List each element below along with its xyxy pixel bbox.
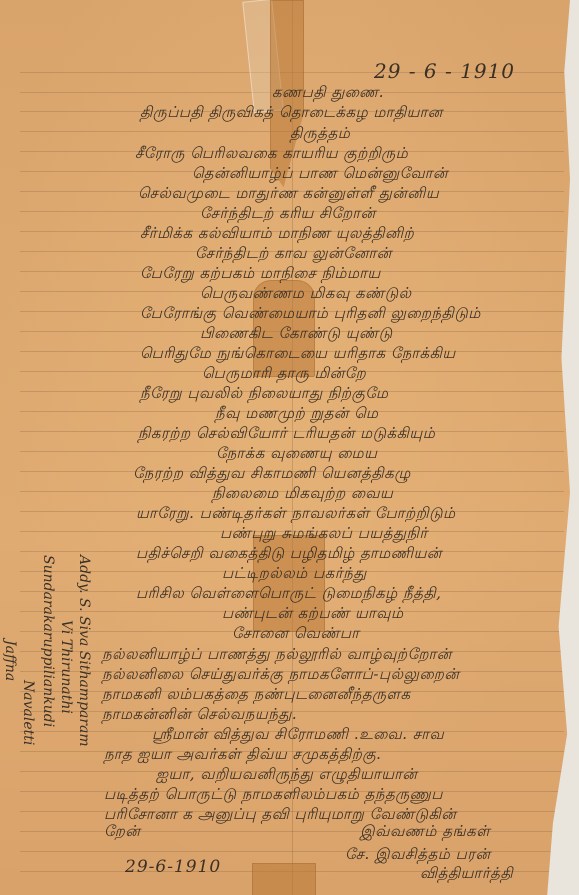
signature-name: சே. இவசித்தம் பரன்: [345, 845, 491, 863]
letter-line: ஸ்ரீமான் வித்துவ சிரோமணி .உவை. சாவ: [152, 725, 444, 743]
signature-title: வித்தியார்த்தி: [420, 864, 513, 882]
margin-address-line: Navaletti: [20, 680, 36, 745]
margin-address-line: Sundarakaruppiliankudi: [40, 555, 56, 727]
letter-line: சீர்மிக்க கல்வியாம் மாநிண யுலத்தினிற்: [140, 224, 414, 242]
letter-line: நேரற்ற வித்துவ சிகாமணி யெனத்திகழு: [133, 464, 411, 482]
letter-line: நீரேறு புவலில் நிலையாது நிற்குமே: [140, 384, 388, 402]
letter-heading: கணபதி துணை.: [272, 83, 384, 101]
date-top: 29 - 6 - 1910: [374, 62, 515, 80]
margin-address-line: Jaffna: [2, 640, 18, 681]
letter-line: நாத ஐயா அவர்கள் திவ்ய சமுகத்திற்கு.: [104, 745, 381, 763]
letter-line: நோக்க வுணையு மைய: [216, 444, 377, 462]
letter-line: நிகரற்ற செல்வியோர் டரியதன் மடுக்கியும்: [138, 424, 435, 442]
letter-line: செல்வமுடை மாதுர்ண கன்னுள்ளீ துன்னிய: [138, 184, 439, 202]
letter-line: நீவு மணமுற் றுதன் மெ: [215, 404, 378, 422]
letter-line: பெரிதுமே நுங்கொடையை யரிதாக நோக்கிய: [140, 344, 456, 362]
signature-closing: இவ்வணம் தங்கள்: [360, 822, 490, 840]
letter-line: திருப்பதி திருவிகத் தொடைக்கழ மாதியான: [140, 103, 443, 121]
tape-patch-bottom: [252, 863, 316, 895]
margin-address-line: Addy. S. Siva Sithamparam: [76, 555, 92, 747]
letter-line: படித்தற் பொருட்டு நாமகளிலம்பகம் தந்தருணு…: [104, 785, 443, 803]
letter-line: பேரோங்கு வெண்மையாம் புரிதனி லுறைந்திடும்: [140, 304, 481, 322]
letter-line: சேர்ந்திடற் காவ லுன்னோன்: [195, 244, 392, 262]
letter-line: சேர்ந்திடற் கரிய சிறோன்: [200, 204, 376, 222]
letter-line: நிலைமை மிகவுற்ற வைய: [212, 484, 393, 502]
letter-line: பண்புடன் கற்பண் யாவும்: [222, 604, 404, 622]
letter-line: பிணைகிட கோண்டு யுண்டு: [200, 324, 393, 342]
letter-line: நாமகனி லம்பகத்தை நண்புடனைனீந்தருளக: [102, 685, 411, 703]
letter-line: நல்லனியாழ்ப் பாணத்து நல்லூரில் வாழ்வுற்ற…: [102, 645, 452, 663]
date-bottom: 29-6-1910: [125, 858, 221, 876]
letter-line: ஐயா, வறியவனிருந்து எழுதியாயான்: [156, 765, 417, 783]
letter-line: நல்லனிலை செய்துவர்க்கு நாமகளோப்-புல்லுறை…: [102, 665, 459, 683]
letter-line: திருத்தம்: [290, 124, 350, 142]
letter-line: தென்னியாழ்ப் பாண மென்னுவோன்: [192, 164, 448, 182]
letter-line: றேன்: [104, 822, 140, 840]
letter-line: பெருமாரி தாரு மின்றே: [202, 364, 366, 382]
letter-line: பெருவண்ணம மிகவு கண்டுல்: [200, 284, 412, 302]
margin-address-line: Vi Thirunathi: [58, 620, 74, 714]
letter-line: பண்புறு சுமங்கலப் பயத்துநிர்: [220, 524, 428, 542]
letter-line: சீரோரு பெரிலவகை காயரிய குற்றிரும்: [135, 144, 408, 162]
letter-paper: 29 - 6 - 1910 கணபதி துணை. திருப்பதி திரு…: [0, 0, 570, 895]
letter-line: பட்டிறல்லம் பகர்ந்து: [222, 564, 367, 582]
letter-line: யாரேறு. பண்டிதர்கள் நாவலர்கள் போற்றிடும்: [136, 504, 456, 522]
letter-line: பரிசில வெள்ளைபொருட் டுமைநிகழ் நீத்தி,: [136, 584, 441, 602]
letter-line: பதிச்செறி வகைத்திடு பழிதமிழ் தாமணியன்: [136, 544, 442, 562]
letter-line: பேரேறு கற்பகம் மாநிசை நிம்மாய: [140, 264, 381, 282]
letter-line: பரிசோனா க அனுப்பு தவி புரியுமாறு வேண்டுக…: [104, 805, 456, 823]
letter-line: நாமகன்னின் செல்வநயந்து.: [102, 705, 297, 723]
letter-line: சோனை வெண்பா: [232, 624, 359, 642]
